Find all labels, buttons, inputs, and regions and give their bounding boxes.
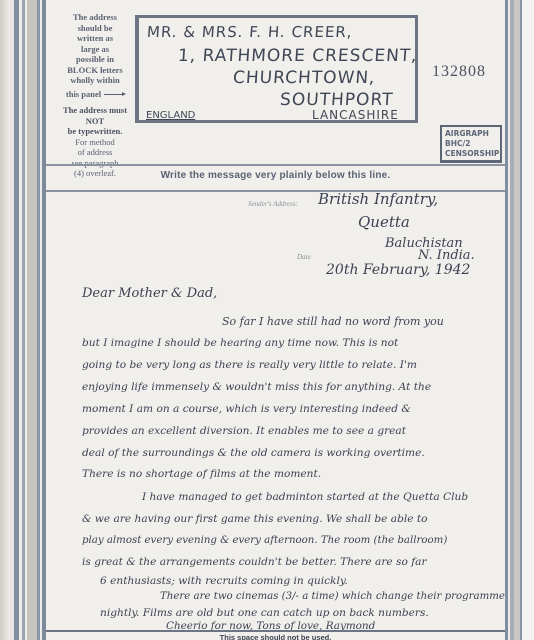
border-rule bbox=[37, 0, 40, 640]
arrow-right-icon bbox=[104, 94, 124, 95]
stamp-text: BHC/2 bbox=[445, 139, 497, 149]
letter-line: nightly. Films are old but one can catch… bbox=[100, 607, 429, 619]
letter-line: I have managed to get badminton started … bbox=[142, 491, 468, 503]
serial-number: 132808 bbox=[432, 63, 486, 81]
border-rule bbox=[22, 0, 25, 640]
letter-line: provides an excellent diversion. It enab… bbox=[82, 425, 406, 437]
stamp-text: CENSORSHIP bbox=[445, 149, 497, 159]
letter-salutation: Dear Mother & Dad, bbox=[82, 286, 217, 301]
letter-line: play almost every evening & every aftern… bbox=[82, 535, 447, 546]
scan-background-margin bbox=[0, 0, 14, 640]
address-instructions: The address should be written as large a… bbox=[50, 12, 140, 179]
instruction-text: this panel bbox=[66, 89, 101, 99]
letter-line: & we are having our first game this even… bbox=[82, 513, 428, 525]
sender-address-line: British Infantry, bbox=[318, 190, 438, 208]
instruction-text: wholly within bbox=[50, 75, 140, 86]
letter-line: There are two cinemas (3/- a time) which… bbox=[160, 591, 505, 602]
border-rule bbox=[14, 0, 19, 640]
divider-line bbox=[46, 164, 505, 166]
recipient-name: MR. & MRS. F. H. CREER, bbox=[146, 23, 353, 41]
letter-line: going to be very long as there is really… bbox=[82, 359, 417, 371]
instruction-text: BLOCK letters bbox=[50, 65, 140, 76]
border-rule bbox=[27, 0, 37, 640]
sender-address-line: N. India. bbox=[418, 248, 475, 263]
recipient-street: 1, RATHMORE CRESCENT, bbox=[177, 46, 418, 66]
letter-line: enjoying life immensely & wouldn't miss … bbox=[82, 381, 431, 393]
letter-line: moment I am on a course, which is very i… bbox=[82, 403, 411, 415]
footer-note: This space should not be used. bbox=[46, 633, 505, 640]
instruction-text: written as bbox=[50, 33, 140, 44]
instruction-text: The address bbox=[50, 12, 140, 23]
date-label: Date bbox=[297, 253, 311, 261]
method-text: For method bbox=[50, 137, 140, 148]
letter-line: 6 enthusiasts; with recruits coming in q… bbox=[100, 575, 348, 587]
instruction-text: large as bbox=[50, 44, 140, 55]
letter-line: is great & the arrangements couldn't be … bbox=[82, 556, 427, 568]
letter-line: There is no shortage of films at the mom… bbox=[82, 468, 321, 480]
letter-line: deal of the surroundings & the old camer… bbox=[82, 447, 425, 459]
stamp-text: AIRGRAPH bbox=[445, 129, 497, 139]
footer-divider bbox=[46, 630, 505, 632]
sender-address-label: Sender's Address: bbox=[248, 200, 298, 208]
recipient-district: CHURCHTOWN, bbox=[232, 68, 376, 88]
censorship-stamp: AIRGRAPH BHC/2 CENSORSHIP bbox=[440, 125, 502, 163]
letter-line: So far I have still had no word from you bbox=[222, 315, 444, 328]
write-instruction: Write the message very plainly below thi… bbox=[46, 170, 505, 181]
sender-address-line: Quetta bbox=[358, 213, 410, 231]
method-text: of address bbox=[50, 147, 140, 158]
letter-date: 20th February, 1942 bbox=[326, 262, 470, 278]
warning-text: be typewritten. bbox=[50, 126, 140, 137]
instruction-panel-pointer: this panel bbox=[50, 89, 140, 100]
recipient-town: SOUTHPORT bbox=[279, 90, 394, 110]
recipient-county: LANCASHIRE bbox=[312, 108, 399, 122]
instruction-text: possible in bbox=[50, 54, 140, 65]
warning-text: The address must bbox=[50, 105, 140, 116]
letter-line: but I imagine I should be hearing any ti… bbox=[82, 337, 398, 349]
warning-text: NOT bbox=[50, 116, 140, 127]
instruction-text: should be bbox=[50, 23, 140, 34]
border-rule bbox=[505, 0, 508, 640]
scan-background-right bbox=[522, 0, 534, 640]
recipient-country: ENGLAND bbox=[146, 110, 195, 121]
method-text: see paragraph bbox=[50, 158, 140, 169]
